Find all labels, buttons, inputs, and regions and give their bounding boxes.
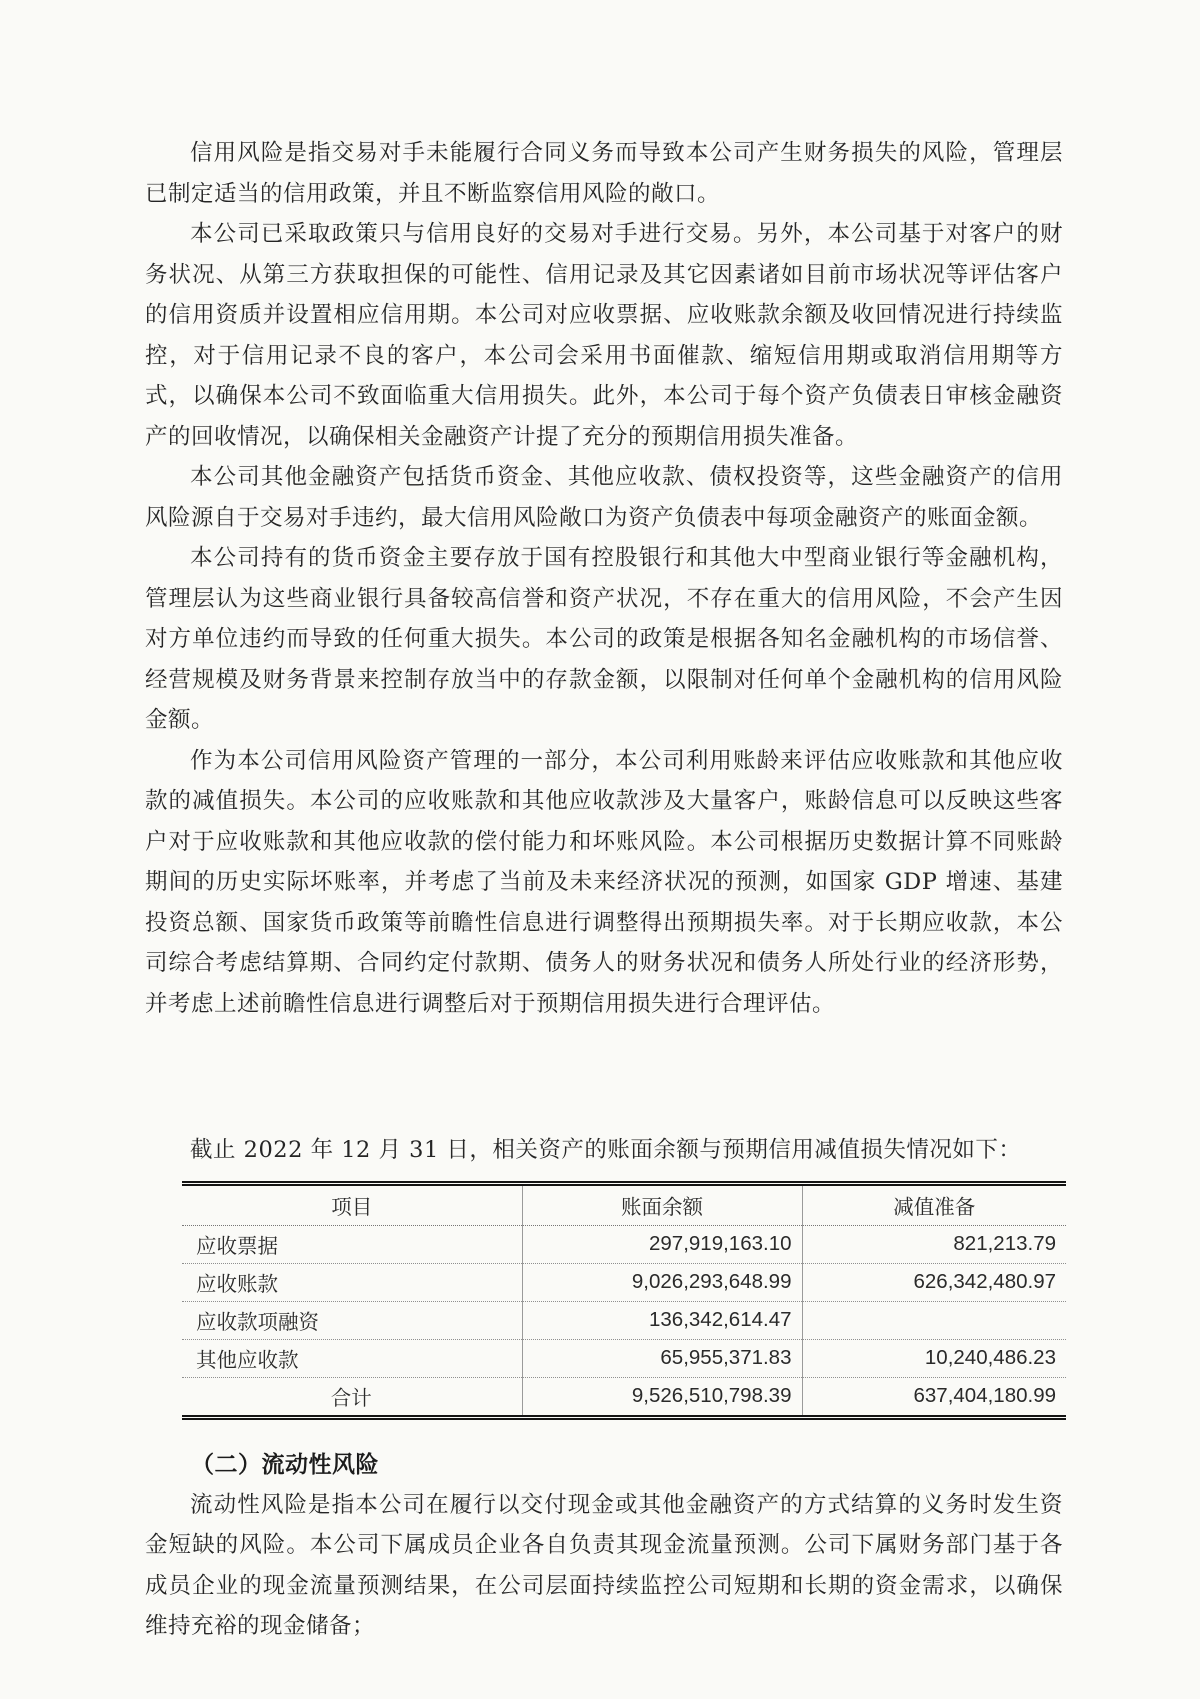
table-cell-item: 合计 [182, 1377, 522, 1417]
liquidity-risk-section: 流动性风险是指本公司在履行以交付现金或其他金融资产的方式结算的义务时发生资金短缺… [145, 1485, 1063, 1647]
table-column-header: 账面余额 [522, 1183, 802, 1225]
credit-risk-paragraph: 作为本公司信用风险资产管理的一部分，本公司利用账龄来评估应收账款和其他应收款的减… [145, 741, 1063, 1025]
table-cell-item: 其他应收款 [182, 1339, 522, 1377]
credit-risk-paragraph: 本公司已采取政策只与信用良好的交易对手进行交易。另外，本公司基于对客户的财务状况… [145, 214, 1063, 457]
table-row: 其他应收款65,955,371.8310,240,486.23 [182, 1339, 1066, 1377]
table-cell-provision: 10,240,486.23 [802, 1339, 1066, 1377]
table-cell-balance: 297,919,163.10 [522, 1225, 802, 1263]
liquidity-risk-paragraph: 流动性风险是指本公司在履行以交付现金或其他金融资产的方式结算的义务时发生资金短缺… [145, 1485, 1063, 1647]
table-cell-provision: 626,342,480.97 [802, 1263, 1066, 1301]
table-column-header: 减值准备 [802, 1183, 1066, 1225]
table-total-row: 合计9,526,510,798.39637,404,180.99 [182, 1377, 1066, 1417]
table-cell-provision [802, 1301, 1066, 1339]
credit-impairment-table: 项目账面余额减值准备 应收票据297,919,163.10821,213.79应… [182, 1181, 1066, 1420]
table-cell-item: 应收账款 [182, 1263, 522, 1301]
document-page: 信用风险是指交易对手未能履行合同义务而导致本公司产生财务损失的风险，管理层已制定… [145, 133, 1063, 1647]
table-row: 应收款项融资136,342,614.47 [182, 1301, 1066, 1339]
table-cell-provision: 821,213.79 [802, 1225, 1066, 1263]
table-cell-balance: 9,526,510,798.39 [522, 1377, 802, 1417]
credit-risk-section: 信用风险是指交易对手未能履行合同义务而导致本公司产生财务损失的风险，管理层已制定… [145, 133, 1063, 1024]
table-cell-balance: 136,342,614.47 [522, 1301, 802, 1339]
credit-risk-paragraph: 本公司其他金融资产包括货币资金、其他应收款、债权投资等，这些金融资产的信用风险源… [145, 457, 1063, 538]
table-cell-balance: 9,026,293,648.99 [522, 1263, 802, 1301]
table-header-row: 项目账面余额减值准备 [182, 1183, 1066, 1225]
table-cell-provision: 637,404,180.99 [802, 1377, 1066, 1417]
table-cell-item: 应收款项融资 [182, 1301, 522, 1339]
credit-risk-paragraph: 本公司持有的货币资金主要存放于国有控股银行和其他大中型商业银行等金融机构，管理层… [145, 538, 1063, 741]
credit-risk-paragraph: 信用风险是指交易对手未能履行合同义务而导致本公司产生财务损失的风险，管理层已制定… [145, 133, 1063, 214]
table-cell-balance: 65,955,371.83 [522, 1339, 802, 1377]
table-intro-line: 截止 2022 年 12 月 31 日，相关资产的账面余额与预期信用减值损失情况… [145, 1130, 1063, 1171]
table-cell-item: 应收票据 [182, 1225, 522, 1263]
liquidity-risk-heading: （二）流动性风险 [145, 1446, 1063, 1479]
table-column-header: 项目 [182, 1183, 522, 1225]
table-row: 应收票据297,919,163.10821,213.79 [182, 1225, 1066, 1263]
table-row: 应收账款9,026,293,648.99626,342,480.97 [182, 1263, 1066, 1301]
